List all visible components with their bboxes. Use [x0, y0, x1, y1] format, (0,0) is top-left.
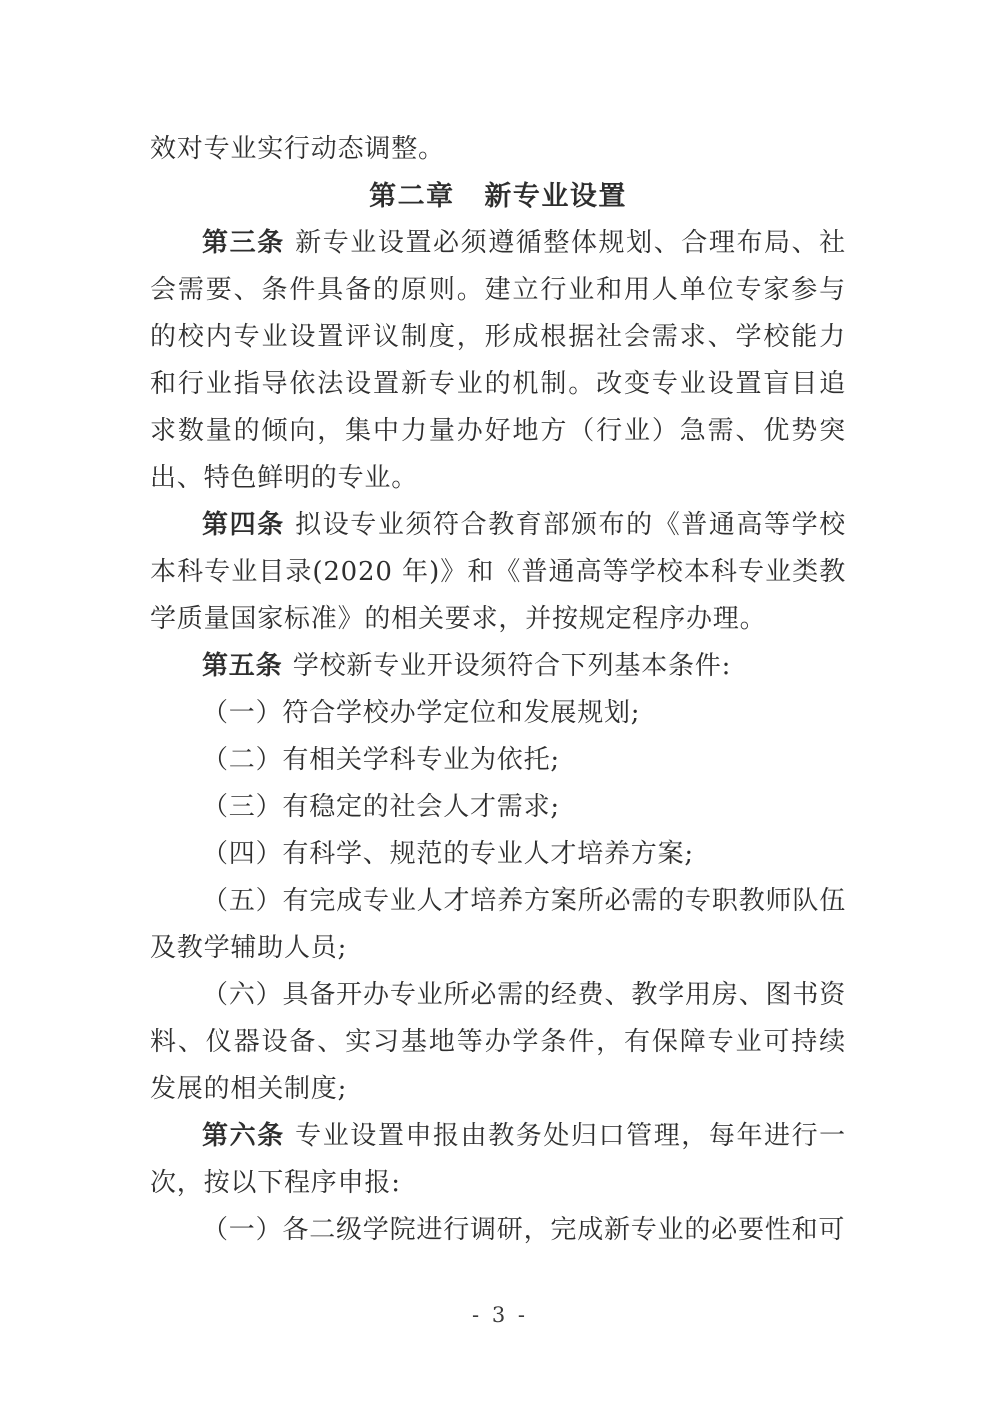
article-5-item-4: （四）有科学、规范的专业人才培养方案; [150, 831, 846, 878]
article-5-number: 第五条 [202, 651, 282, 681]
page-footer: - 3 - [0, 1303, 1000, 1327]
article-5-item-5-text: （五）有完成专业人才培养方案所必需的专职教师队伍及教学辅助人员; [150, 886, 846, 963]
article-3-text: 新专业设置必须遵循整体规划、合理布局、社会需要、条件具备的原则。建立行业和用人单… [150, 228, 846, 493]
article-5-item-6: （六）具备开办专业所必需的经费、教学用房、图书资料、仪器设备、实习基地等办学条件… [150, 972, 846, 1113]
chapter-heading: 第二章新专业设置 [150, 173, 846, 220]
article-5-item-3-text: （三）有稳定的社会人才需求; [202, 792, 560, 822]
article-6-item-1-text: （一）各二级学院进行调研，完成新专业的必要性和可 [202, 1215, 845, 1245]
article-5-item-5: （五）有完成专业人才培养方案所必需的专职教师队伍及教学辅助人员; [150, 878, 846, 972]
document-page: 效对专业实行动态调整。 第二章新专业设置 第三条新专业设置必须遵循整体规划、合理… [0, 0, 1000, 1414]
article-5-item-4-text: （四）有科学、规范的专业人才培养方案; [202, 839, 694, 869]
document-body: 效对专业实行动态调整。 第二章新专业设置 第三条新专业设置必须遵循整体规划、合理… [150, 126, 846, 1254]
article-6-item-1: （一）各二级学院进行调研，完成新专业的必要性和可 [150, 1207, 846, 1254]
article-5-item-3: （三）有稳定的社会人才需求; [150, 784, 846, 831]
paragraph-continuation-text: 效对专业实行动态调整。 [150, 134, 445, 164]
article-4-paragraph: 第四条拟设专业须符合教育部颁布的《普通高等学校本科专业目录(2020 年)》和《… [150, 502, 846, 643]
article-6-paragraph: 第六条专业设置申报由教务处归口管理，每年进行一次，按以下程序申报: [150, 1113, 846, 1207]
article-4-number: 第四条 [202, 510, 285, 540]
article-5-text: 学校新专业开设须符合下列基本条件: [293, 651, 731, 681]
article-6-number: 第六条 [202, 1121, 285, 1151]
chapter-title: 新专业设置 [484, 181, 627, 212]
article-5-item-2: （二）有相关学科专业为依托; [150, 737, 846, 784]
article-3-number: 第三条 [202, 228, 285, 258]
paragraph-continuation: 效对专业实行动态调整。 [150, 126, 846, 173]
article-5-item-6-text: （六）具备开办专业所必需的经费、教学用房、图书资料、仪器设备、实习基地等办学条件… [150, 980, 846, 1104]
article-5-item-1-text: （一）符合学校办学定位和发展规划; [202, 698, 640, 728]
chapter-number: 第二章 [369, 181, 455, 212]
article-5-item-1: （一）符合学校办学定位和发展规划; [150, 690, 846, 737]
page-number: - 3 - [472, 1303, 528, 1327]
article-5-item-2-text: （二）有相关学科专业为依托; [202, 745, 560, 775]
article-3-paragraph: 第三条新专业设置必须遵循整体规划、合理布局、社会需要、条件具备的原则。建立行业和… [150, 220, 846, 502]
article-5-paragraph: 第五条学校新专业开设须符合下列基本条件: [150, 643, 846, 690]
